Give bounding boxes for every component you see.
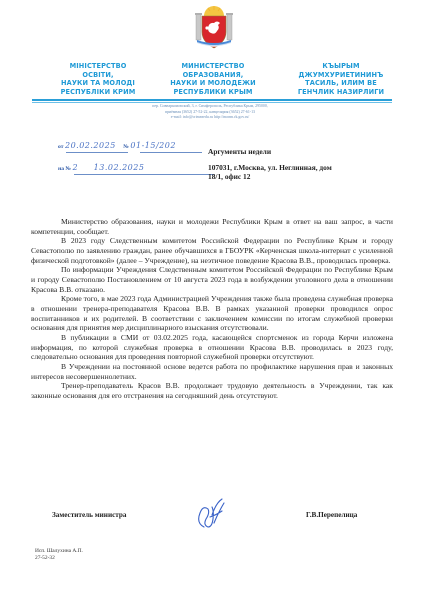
executor-info: Исп. Шалухина А.П. 27-52-32 xyxy=(35,548,83,562)
body-paragraph: В публикации в СМИ от 03.02.2025 года, к… xyxy=(31,333,393,362)
recipient-address-line2: 18/1, офис 12 xyxy=(208,172,408,182)
handwritten-signature-icon xyxy=(194,497,226,533)
recipient-block: Аргументы недели 107031, г.Москва, ул. Н… xyxy=(208,147,408,182)
body-paragraph: Тренер-преподаватель Красов В.В. продолж… xyxy=(31,381,393,400)
letter-body: Министерство образования, науки и молоде… xyxy=(31,217,393,400)
reference-underline xyxy=(74,174,214,175)
letterhead: МІНІСТЕРСТВО ОСВІТИ, НАУКИ ТА МОЛОДІ РЕС… xyxy=(0,62,423,102)
recipient-organization: Аргументы недели xyxy=(208,147,408,157)
outgoing-number: 01-15/202 xyxy=(130,141,176,150)
signatory-name: Г.В.Перепелица xyxy=(306,511,357,519)
outgoing-date: 20.02.2025 xyxy=(65,141,116,150)
body-paragraph: В Учреждении на постоянной основе ведетс… xyxy=(31,362,393,381)
ministry-name-russian: МИНИСТЕРСТВО ОБРАЗОВАНИЯ, НАУКИ И МОЛОДЕ… xyxy=(148,62,278,96)
letterhead-divider-thin xyxy=(32,102,392,103)
outgoing-registration: от 20.02.2025 № 01-15/202 xyxy=(58,141,176,150)
recipient-address-line1: 107031, г.Москва, ул. Неглинная, дом xyxy=(208,163,408,173)
crimea-coat-of-arms-icon xyxy=(194,4,234,50)
executor-phone: 27-52-32 xyxy=(35,555,83,562)
number-underline xyxy=(140,152,202,153)
date-underline xyxy=(66,152,128,153)
body-paragraph: В 2023 году Следственным комитетом Росси… xyxy=(31,236,393,265)
body-paragraph: Кроме того, в мае 2023 года Администраци… xyxy=(31,294,393,333)
ministry-name-ukrainian: МІНІСТЕРСТВО ОСВІТИ, НАУКИ ТА МОЛОДІ РЕС… xyxy=(38,62,158,96)
ministry-contacts: пер. Совнаркомовский, 3, г. Симферополь,… xyxy=(60,104,360,121)
signatory-title: Заместитель министра xyxy=(52,511,127,519)
body-paragraph: Министерство образования, науки и молоде… xyxy=(31,217,393,236)
incoming-reference: на № 2 13.02.2025 xyxy=(58,163,144,172)
executor-name: Исп. Шалухина А.П. xyxy=(35,548,83,555)
reference-date: 13.02.2025 xyxy=(94,163,145,172)
letterhead-divider xyxy=(32,99,392,101)
ministry-name-crimean-tatar: КЪЫРЫМ ДЖУМХУРИЕТИНИНЪ ТАСИЛЬ, ИЛИМ ВЕ Г… xyxy=(276,62,406,96)
body-paragraph: По информации Учреждения Следственным ко… xyxy=(31,265,393,294)
reference-number: 2 xyxy=(73,163,79,172)
